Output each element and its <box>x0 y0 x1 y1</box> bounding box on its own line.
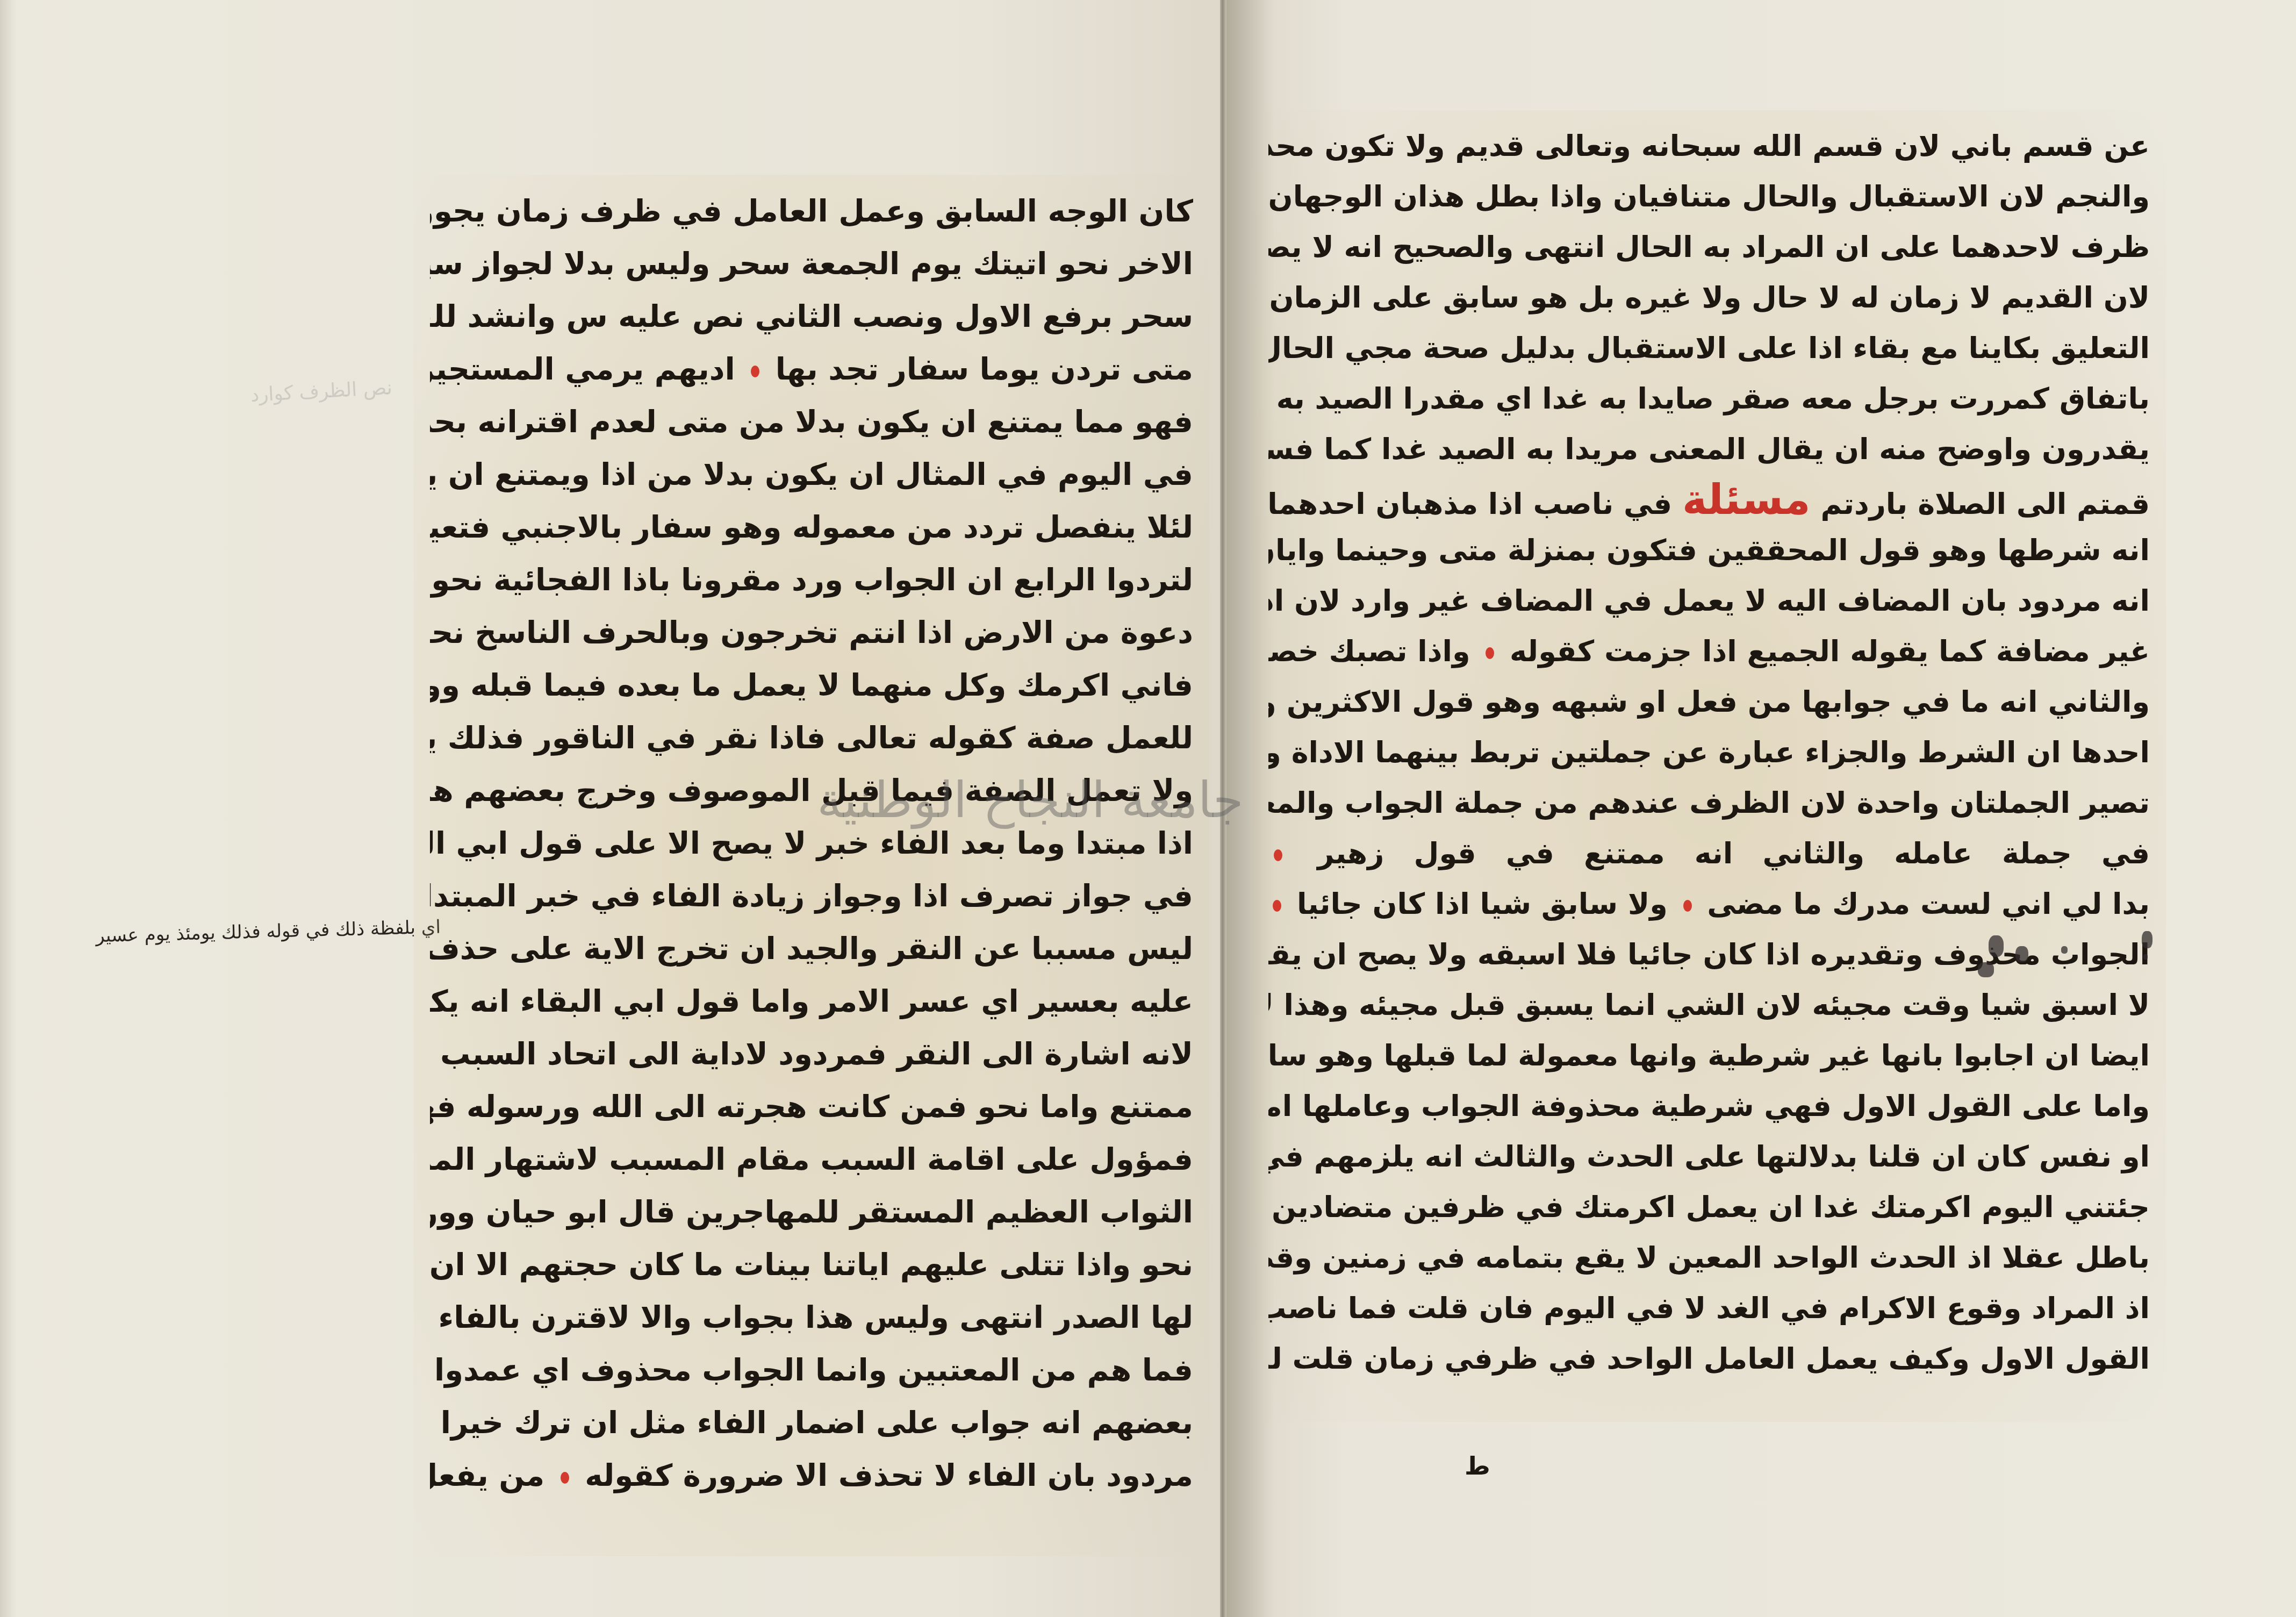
text-line: بعضهم انه جواب على اضمار الفاء مثل ان تر… <box>430 1397 1193 1450</box>
ink-speck <box>2015 946 2028 962</box>
manuscript-spread: نص الظرف كوارد اي بلفظة ذلك في قوله فذلك… <box>0 0 2296 1617</box>
text-line: لا اسبق شيا وقت مجيئه لان الشي انما يسبق… <box>1268 980 2150 1031</box>
page-edge-shadow <box>0 0 16 1617</box>
text-line: الثواب العظيم المستقر للمهاجرين قال ابو … <box>430 1186 1193 1239</box>
text-line: عليه بعسير اي عسر الامر واما قول ابي الب… <box>430 976 1193 1028</box>
bleed-through-text: نص الظرف كوارد <box>123 369 393 421</box>
text-line: غير مضافة كما يقوله الجميع اذا جزمت كقول… <box>1268 626 2150 677</box>
text-line: القول الاول وكيف يعمل العامل الواحد في ظ… <box>1268 1334 2150 1384</box>
verse-marker-dot <box>1486 647 1494 659</box>
text-line: ممتنع واما نحو فمن كانت هجرته الى الله و… <box>430 1081 1193 1134</box>
text-line: الاخر نحو اتيتك يوم الجمعة سحر وليس بدلا… <box>430 238 1193 291</box>
verse-marker-dot <box>751 366 759 377</box>
ink-speck <box>2061 946 2068 954</box>
verse-line: متى تردن يوما سفار تجد بها اديهم يرمي ال… <box>430 344 1193 396</box>
text-line: لئلا ينفصل تردد من معموله وهو سفار بالاج… <box>430 502 1193 554</box>
text-segment: قمتم الى الصلاة باردتم <box>1820 487 2150 521</box>
ink-speck <box>1989 935 2004 957</box>
verse-marker-dot <box>1273 900 1281 912</box>
rubric-heading: مسئلة <box>1682 476 1811 524</box>
text-line: فما هم من المعتبين وانما الجواب محذوف اي… <box>430 1344 1193 1397</box>
left-page-text: كان الوجه السابق وعمل العامل في ظرف زمان… <box>430 185 1193 1546</box>
text-line: اذ المراد وقوع الاكرام في الغد لا في الي… <box>1268 1283 2150 1334</box>
rubric-line: قمتم الى الصلاة باردتم مسئلة في ناصب اذا… <box>1268 475 2150 525</box>
ink-speck <box>1978 962 1994 977</box>
text-line: لتردوا الرابع ان الجواب ورد مقرونا باذا … <box>430 554 1193 607</box>
library-watermark: جامعة النجاح الوطنية <box>817 771 1244 829</box>
text-line: يقدرون واوضح منه ان يقال المعنى مريدا به… <box>1268 424 2150 475</box>
text-line: والثاني انه ما في جوابها من فعل او شبهه … <box>1268 677 2150 727</box>
text-line: نحو واذا تتلى عليهم اياتنا بينات ما كان … <box>430 1239 1193 1292</box>
verse-marker-dot <box>561 1472 569 1484</box>
ink-speck <box>2143 954 2148 960</box>
text-line: انه شرطها وهو قول المحققين فتكون بمنزلة … <box>1268 525 2150 576</box>
text-line: فاني اكرمك وكل منهما لا يعمل ما بعده فيم… <box>430 660 1193 712</box>
text-line: في جملة عامله والثاني انه ممتنع في قول ز… <box>1268 828 2150 879</box>
text-line: لان القديم لا زمان له لا حال ولا غيره بل… <box>1268 273 2150 323</box>
verse-line: بدا لي اني لست مدرك ما مضى ولا سابق شيا … <box>1268 879 2150 929</box>
text-line: تصير الجملتان واحدة لان الظرف عندهم من ج… <box>1268 778 2150 828</box>
text-line: او نفس كان ان قلنا بدلالتها على الحدث وا… <box>1268 1132 2150 1182</box>
right-page-text: عن قسم باني لان قسم الله سبحانه وتعالى ق… <box>1268 121 2150 1411</box>
text-line: للعمل صفة كقوله تعالى فاذا نقر في الناقو… <box>430 712 1193 765</box>
text-line: دعوة من الارض اذا انتم تخرجون وبالحرف ال… <box>430 607 1193 660</box>
text-line: واما على القول الاول فهي شرطية محذوفة ال… <box>1268 1081 2150 1132</box>
text-line: في جواز تصرف اذا وجواز زيادة الفاء في خب… <box>430 870 1193 923</box>
text-line: فهو مما يمتنع ان يكون بدلا من متى لعدم ا… <box>430 396 1193 449</box>
verse-marker-dot <box>1683 900 1692 912</box>
text-segment: في ناصب اذا مذهبان احدهما <box>1268 487 1672 521</box>
text-line: لانه اشارة الى النقر فمردود لاداية الى ا… <box>430 1028 1193 1081</box>
text-line: كان الوجه السابق وعمل العامل في ظرف زمان… <box>430 185 1193 238</box>
verse-line: مردود بان الفاء لا تحذف الا ضرورة كقوله … <box>430 1450 1193 1502</box>
text-line: ظرف لاحدهما على ان المراد به الحال انتهى… <box>1268 222 2150 273</box>
text-line: لها الصدر انتهى وليس هذا بجواب والا لاقت… <box>430 1292 1193 1344</box>
text-line: احدها ان الشرط والجزاء عبارة عن جملتين ت… <box>1268 727 2150 778</box>
text-line: في اليوم في المثال ان يكون بدلا من اذا و… <box>430 449 1193 502</box>
text-line: عن قسم باني لان قسم الله سبحانه وتعالى ق… <box>1268 121 2150 171</box>
verse-marker-dot <box>1274 849 1282 861</box>
ink-speck <box>2142 931 2152 948</box>
text-line: باتفاق كمررت برجل معه صقر صايدا به غدا ا… <box>1268 374 2150 424</box>
text-line: التعليق بكاينا مع بقاء اذا على الاستقبال… <box>1268 323 2150 374</box>
text-line: والنجم لان الاستقبال والحال متنافيان واذ… <box>1268 171 2150 222</box>
text-line: سحر برفع الاول ونصب الثاني نص عليه س وان… <box>430 291 1193 344</box>
text-line: باطل عقلا اذ الحدث الواحد المعين لا يقع … <box>1268 1233 2150 1283</box>
text-line: انه مردود بان المضاف اليه لا يعمل في الم… <box>1268 576 2150 626</box>
text-line: ايضا ان اجابوا بانها غير شرطية وانها معم… <box>1268 1031 2150 1081</box>
marginal-note: اي بلفظة ذلك في قوله فذلك يومئذ يوم عسير <box>11 917 441 949</box>
catchword: ط <box>1465 1451 1490 1480</box>
text-line: جئتني اليوم اكرمتك غدا ان يعمل اكرمتك في… <box>1268 1182 2150 1233</box>
text-line: ليس مسببا عن النقر والجيد ان تخرج الاية … <box>430 923 1193 976</box>
text-line: فمؤول على اقامة السبب مقام المسبب لاشتها… <box>430 1134 1193 1186</box>
